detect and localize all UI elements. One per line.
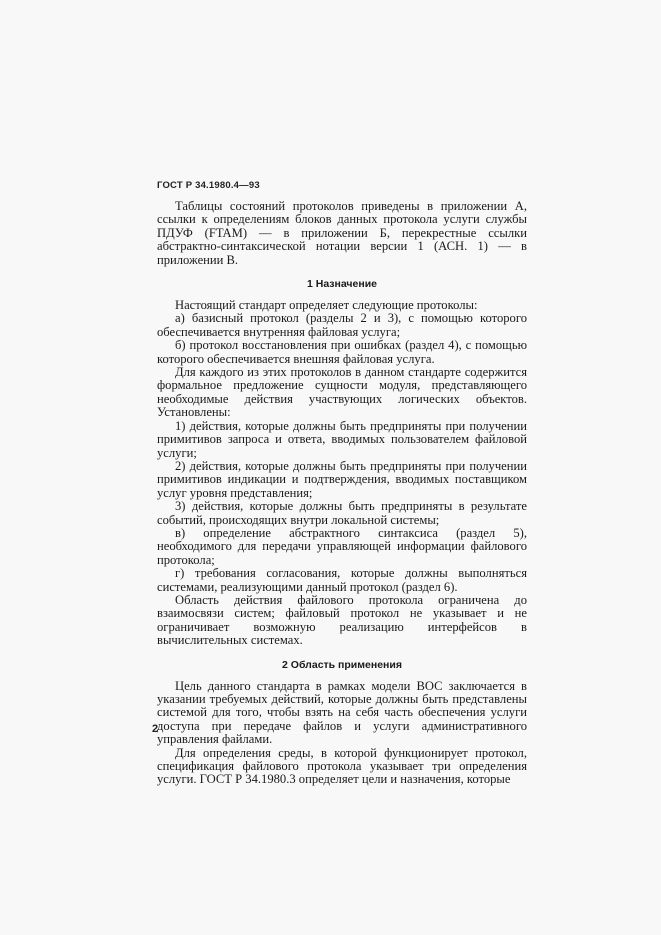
list-item-a: а) базисный протокол (разделы 2 и 3), с … bbox=[157, 312, 527, 339]
list-item-v: в) определение абстрактного синтаксиса (… bbox=[157, 527, 527, 567]
list-item-1: 1) действия, которые должны быть предпри… bbox=[157, 420, 527, 460]
intro-paragraph: Таблицы состояний протоколов приведены в… bbox=[157, 200, 527, 267]
section-2-heading: 2 Область применения bbox=[157, 658, 527, 672]
section-1-heading: 1 Назначение bbox=[157, 277, 527, 291]
list-item-2: 2) действия, которые должны быть предпри… bbox=[157, 460, 527, 500]
paragraph: Для каждого из этих протоколов в данном … bbox=[157, 366, 527, 420]
document-header: ГОСТ Р 34.1980.4—93 bbox=[157, 180, 260, 191]
list-item-g: г) требования согласования, которые долж… bbox=[157, 567, 527, 594]
paragraph: Для определения среды, в которой функцио… bbox=[157, 747, 527, 787]
paragraph: Область действия файлового протокола огр… bbox=[157, 594, 527, 648]
list-item-3: 3) действия, которые должны быть предпри… bbox=[157, 500, 527, 527]
paragraph: Цель данного стандарта в рамках модели В… bbox=[157, 680, 527, 747]
list-item-b: б) протокол восстановления при ошибках (… bbox=[157, 339, 527, 366]
document-body: Таблицы состояний протоколов приведены в… bbox=[157, 200, 527, 787]
paragraph: Настоящий стандарт определяет следующие … bbox=[157, 299, 527, 312]
page-number: 2 bbox=[152, 723, 158, 735]
